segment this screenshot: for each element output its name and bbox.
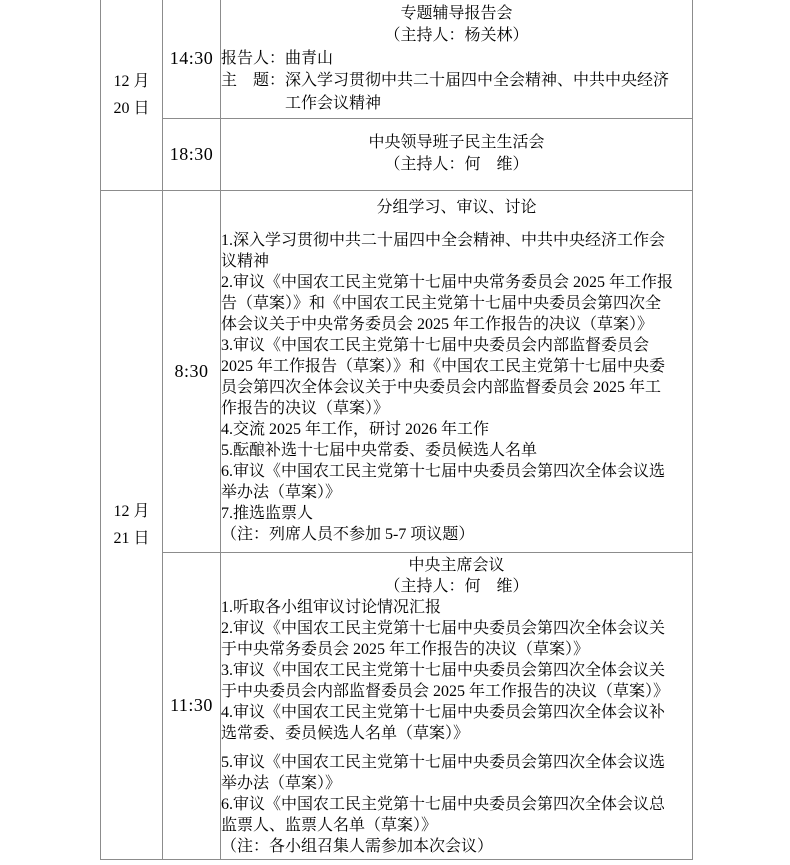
- agenda-item: 1.深入学习贯彻中共二十届四中全会精神、中共中央经济工作会 议精神: [221, 230, 692, 272]
- session-host: （主持人：何 维）: [221, 154, 692, 177]
- agenda-item: 2.审议《中国农工民主党第十七届中央常务委员会 2025 年工作报 告（草案）》…: [221, 272, 692, 335]
- agenda-item: 4.审议《中国农工民主党第十七届中央委员会第四次全体会议补 选常委、委员候选人名…: [221, 702, 692, 744]
- row-dec20-1830: 18:30 中央领导班子民主生活会 （主持人：何 维）: [101, 118, 693, 190]
- agenda-item: 3.审议《中国农工民主党第十七届中央委员会内部监督委员会 2025 年工作报告（…: [221, 335, 692, 419]
- session-title: 专题辅导报告会: [221, 3, 692, 26]
- agenda-item: 2.审议《中国农工民主党第十七届中央委员会第四次全体会议关 于中央常务委员会 2…: [221, 618, 692, 660]
- time-cell-0830: 8:30: [163, 190, 221, 552]
- agenda-item: 3.审议《中国农工民主党第十七届中央委员会第四次全体会议关 于中央委员会内部监督…: [221, 660, 692, 702]
- agenda-item: 6.审议《中国农工民主党第十七届中央委员会第四次全体会议总 监票人、监票人名单（…: [221, 794, 692, 836]
- agenda-item: 4.交流 2025 年工作，研讨 2026 年工作: [221, 419, 692, 440]
- agenda-item: 6.审议《中国农工民主党第十七届中央委员会第四次全体会议选 举办法（草案）》: [221, 461, 692, 503]
- session-speaker: 报告人：曲青山: [221, 48, 692, 71]
- row-dec21-0830: 12 月 21 日 8:30 分组学习、审议、讨论 1.深入学习贯彻中共二十届四…: [101, 190, 693, 552]
- session-topic: 主 题：深入学习贯彻中共二十届四中全会精神、中共中央经济 工作会议精神: [221, 70, 692, 115]
- row-dec21-1130: 11:30 中央主席会议 （主持人：何 维） 1.听取各小组审议讨论情况汇报 2…: [101, 552, 693, 859]
- agenda-item: 1.听取各小组审议讨论情况汇报: [221, 597, 692, 618]
- time-cell-1430: 14:30: [163, 0, 221, 118]
- date-day: 20 日: [101, 95, 162, 122]
- time-label: 18:30: [170, 144, 214, 164]
- row-dec20-1430: 12 月 20 日 14:30 专题辅导报告会 （主持人：杨关林） 报告人：曲青…: [101, 0, 693, 118]
- agenda-note: （注：各小组召集人需参加本次会议）: [221, 836, 692, 857]
- content-cell-0830: 分组学习、审议、讨论 1.深入学习贯彻中共二十届四中全会精神、中共中央经济工作会…: [221, 190, 693, 552]
- date-month: 12 月: [101, 498, 162, 525]
- agenda-note: （注：列席人员不参加 5-7 项议题）: [221, 524, 692, 545]
- time-cell-1130: 11:30: [163, 552, 221, 859]
- time-label: 11:30: [170, 695, 213, 715]
- content-cell-1130: 中央主席会议 （主持人：何 维） 1.听取各小组审议讨论情况汇报 2.审议《中国…: [221, 552, 693, 859]
- agenda-item: 5.审议《中国农工民主党第十七届中央委员会第四次全体会议选 举办法（草案）》: [221, 752, 692, 794]
- session-title: 中央领导班子民主生活会: [221, 132, 692, 155]
- date-day: 21 日: [101, 525, 162, 552]
- session-host: （主持人：杨关林）: [221, 25, 692, 48]
- time-label: 8:30: [174, 361, 208, 381]
- content-cell-1830: 中央领导班子民主生活会 （主持人：何 维）: [221, 118, 693, 190]
- session-title: 中央主席会议: [221, 555, 692, 576]
- time-cell-1830: 18:30: [163, 118, 221, 190]
- date-cell-dec-21: 12 月 21 日: [101, 190, 163, 859]
- content-cell-1430: 专题辅导报告会 （主持人：杨关林） 报告人：曲青山 主 题：深入学习贯彻中共二十…: [221, 0, 693, 118]
- session-host: （主持人：何 维）: [221, 576, 692, 597]
- agenda-item: 7.推选监票人: [221, 503, 692, 524]
- date-month: 12 月: [101, 68, 162, 95]
- date-cell-dec-20: 12 月 20 日: [101, 0, 163, 190]
- time-label: 14:30: [170, 48, 214, 68]
- session-title: 分组学习、审议、讨论: [221, 197, 692, 218]
- schedule-table: 12 月 20 日 14:30 专题辅导报告会 （主持人：杨关林） 报告人：曲青…: [100, 0, 693, 860]
- agenda-item: 5.酝酿补选十七届中央常委、委员候选人名单: [221, 440, 692, 461]
